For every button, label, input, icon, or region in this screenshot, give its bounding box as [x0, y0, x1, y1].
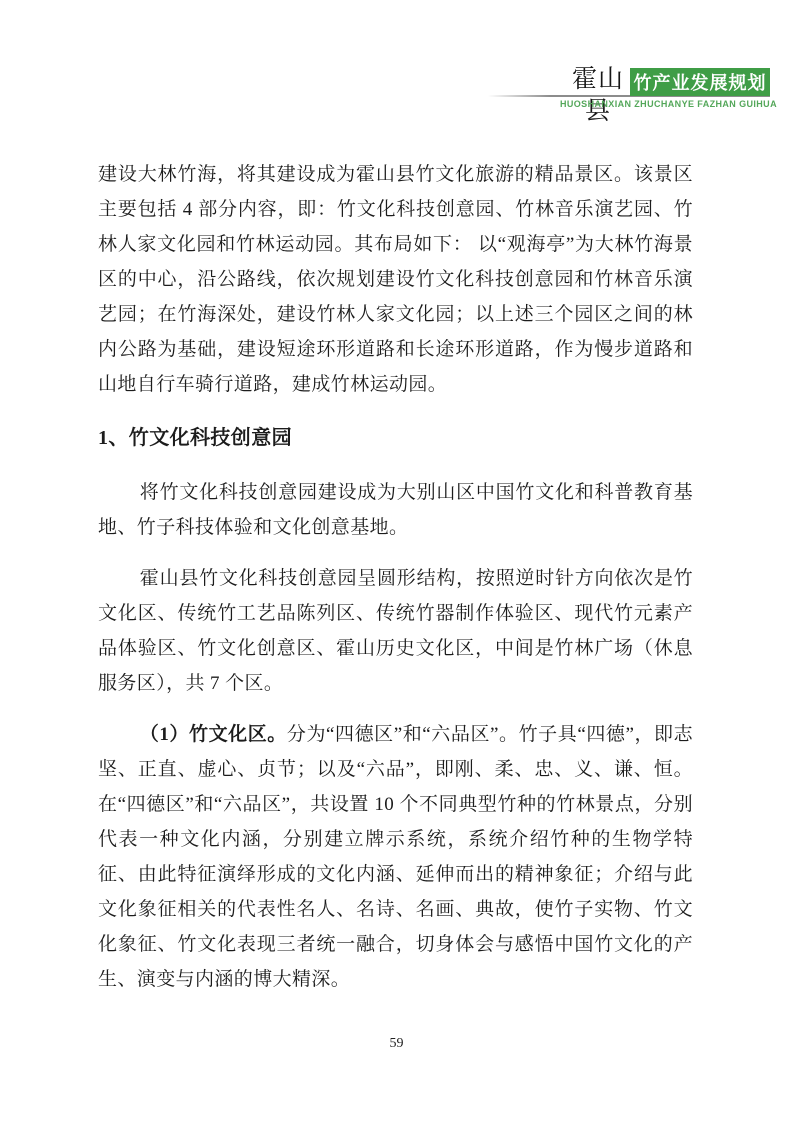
paragraph-intro: 建设大林竹海，将其建设成为霍山县竹文化旅游的精品景区。该景区主要包括 4 部分内…: [98, 157, 693, 402]
document-page: 霍山县 竹产业发展规划 HUOSHANXIAN ZHUCHANYE FAZHAN…: [0, 0, 793, 1122]
doc-title-pinyin: HUOSHANXIAN ZHUCHANYE FAZHAN GUIHUA: [477, 99, 777, 109]
page-footer: 59: [0, 1036, 793, 1052]
section-heading: 1、竹文化科技创意园: [98, 421, 693, 456]
zone1-lead: （1）竹文化区。: [140, 724, 287, 745]
page-number: 59: [390, 1036, 404, 1051]
paragraph-structure: 霍山县竹文化科技创意园呈圆形结构，按照逆时针方向依次是竹文化区、传统竹工艺品陈列…: [98, 561, 693, 701]
paragraph-zone1: （1）竹文化区。分为“四德区”和“六品区”。竹子具“四德”，即志坚、正直、虚心、…: [98, 717, 693, 997]
zone1-text: 分为“四德区”和“六品区”。竹子具“四德”，即志坚、正直、虚心、贞节；以及“六品…: [98, 724, 693, 990]
county-name: 霍山县: [566, 64, 630, 96]
doc-title-box: 竹产业发展规划: [630, 68, 770, 96]
document-body: 建设大林竹海，将其建设成为霍山县竹文化旅游的精品景区。该景区主要包括 4 部分内…: [98, 157, 693, 1013]
paragraph-goal: 将竹文化科技创意园建设成为大别山区中国竹文化和科普教育基地、竹子科技体验和文化创…: [98, 475, 693, 545]
doc-title: 竹产业发展规划: [634, 69, 767, 95]
